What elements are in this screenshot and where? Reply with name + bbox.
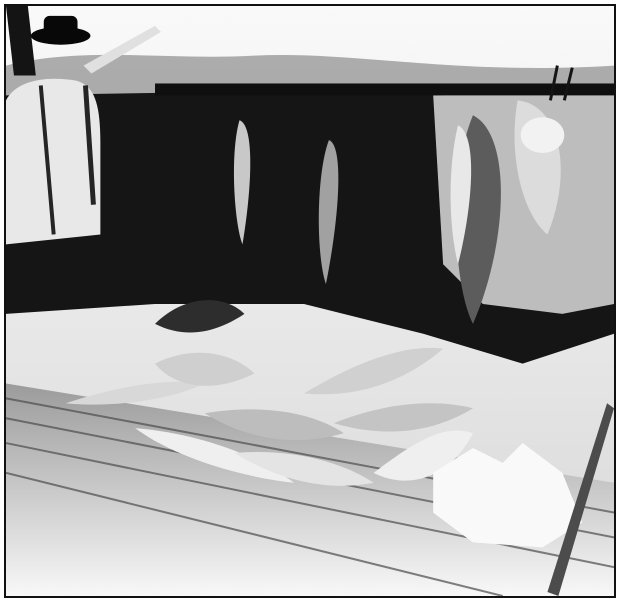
halftone-grain [6, 6, 614, 596]
newspaper-photograph [4, 4, 616, 598]
photo-scene [6, 6, 614, 596]
